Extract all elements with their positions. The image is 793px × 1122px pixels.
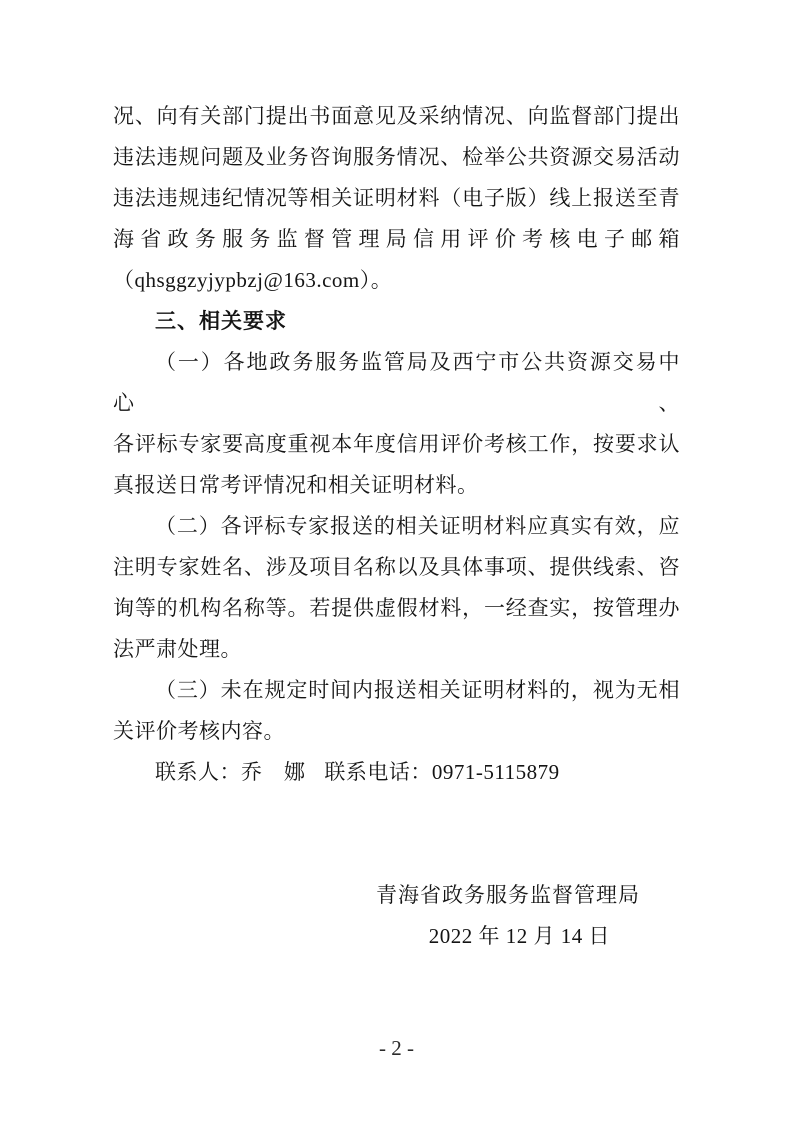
body-line: 注明专家姓名、涉及项目名称以及具体事项、提供线索、咨 xyxy=(113,547,680,588)
contact-phone-label: 联系电话： xyxy=(324,760,432,784)
signature-date: 2022 年 12 月 14 日 xyxy=(113,916,680,957)
contact-person-label: 联系人： xyxy=(155,760,241,784)
document-body: 况、向有关部门提出书面意见及采纳情况、向监督部门提出 违法违规问题及业务咨询服务… xyxy=(113,96,680,957)
body-line: 海省政务服务监督管理局信用评价考核电子邮箱 xyxy=(113,219,680,260)
body-line: 询等的机构名称等。若提供虚假材料，一经查实，按管理办 xyxy=(113,588,680,629)
contact-line: 联系人：乔 娜联系电话：0971-5115879 xyxy=(113,752,680,793)
document-page: 况、向有关部门提出书面意见及采纳情况、向监督部门提出 违法违规问题及业务咨询服务… xyxy=(0,0,793,1122)
signature-organization: 青海省政务服务监督管理局 xyxy=(113,875,680,916)
body-line: （一）各地政务服务监管局及西宁市公共资源交易中心、 xyxy=(113,342,680,424)
body-line: 关评价考核内容。 xyxy=(113,711,680,752)
body-line: 违法违规问题及业务咨询服务情况、检举公共资源交易活动 xyxy=(113,137,680,178)
body-line: 况、向有关部门提出书面意见及采纳情况、向监督部门提出 xyxy=(113,96,680,137)
body-line: （三）未在规定时间内报送相关证明材料的，视为无相 xyxy=(113,670,680,711)
body-line: 违法违规违纪情况等相关证明材料（电子版）线上报送至青 xyxy=(113,178,680,219)
body-line: （二）各评标专家报送的相关证明材料应真实有效，应 xyxy=(113,506,680,547)
contact-person-name: 乔 娜 xyxy=(241,760,306,784)
body-line: 法严肃处理。 xyxy=(113,629,680,670)
page-number: - 2 - xyxy=(0,1033,793,1063)
body-line: 各评标专家要高度重视本年度信用评价考核工作，按要求认 xyxy=(113,424,680,465)
section-heading: 三、相关要求 xyxy=(113,301,680,342)
body-line: 真报送日常考评情况和相关证明材料。 xyxy=(113,465,680,506)
email-line: （qhsggzyjypbzj@163.com）。 xyxy=(113,260,680,301)
contact-phone-number: 0971-5115879 xyxy=(432,760,560,784)
